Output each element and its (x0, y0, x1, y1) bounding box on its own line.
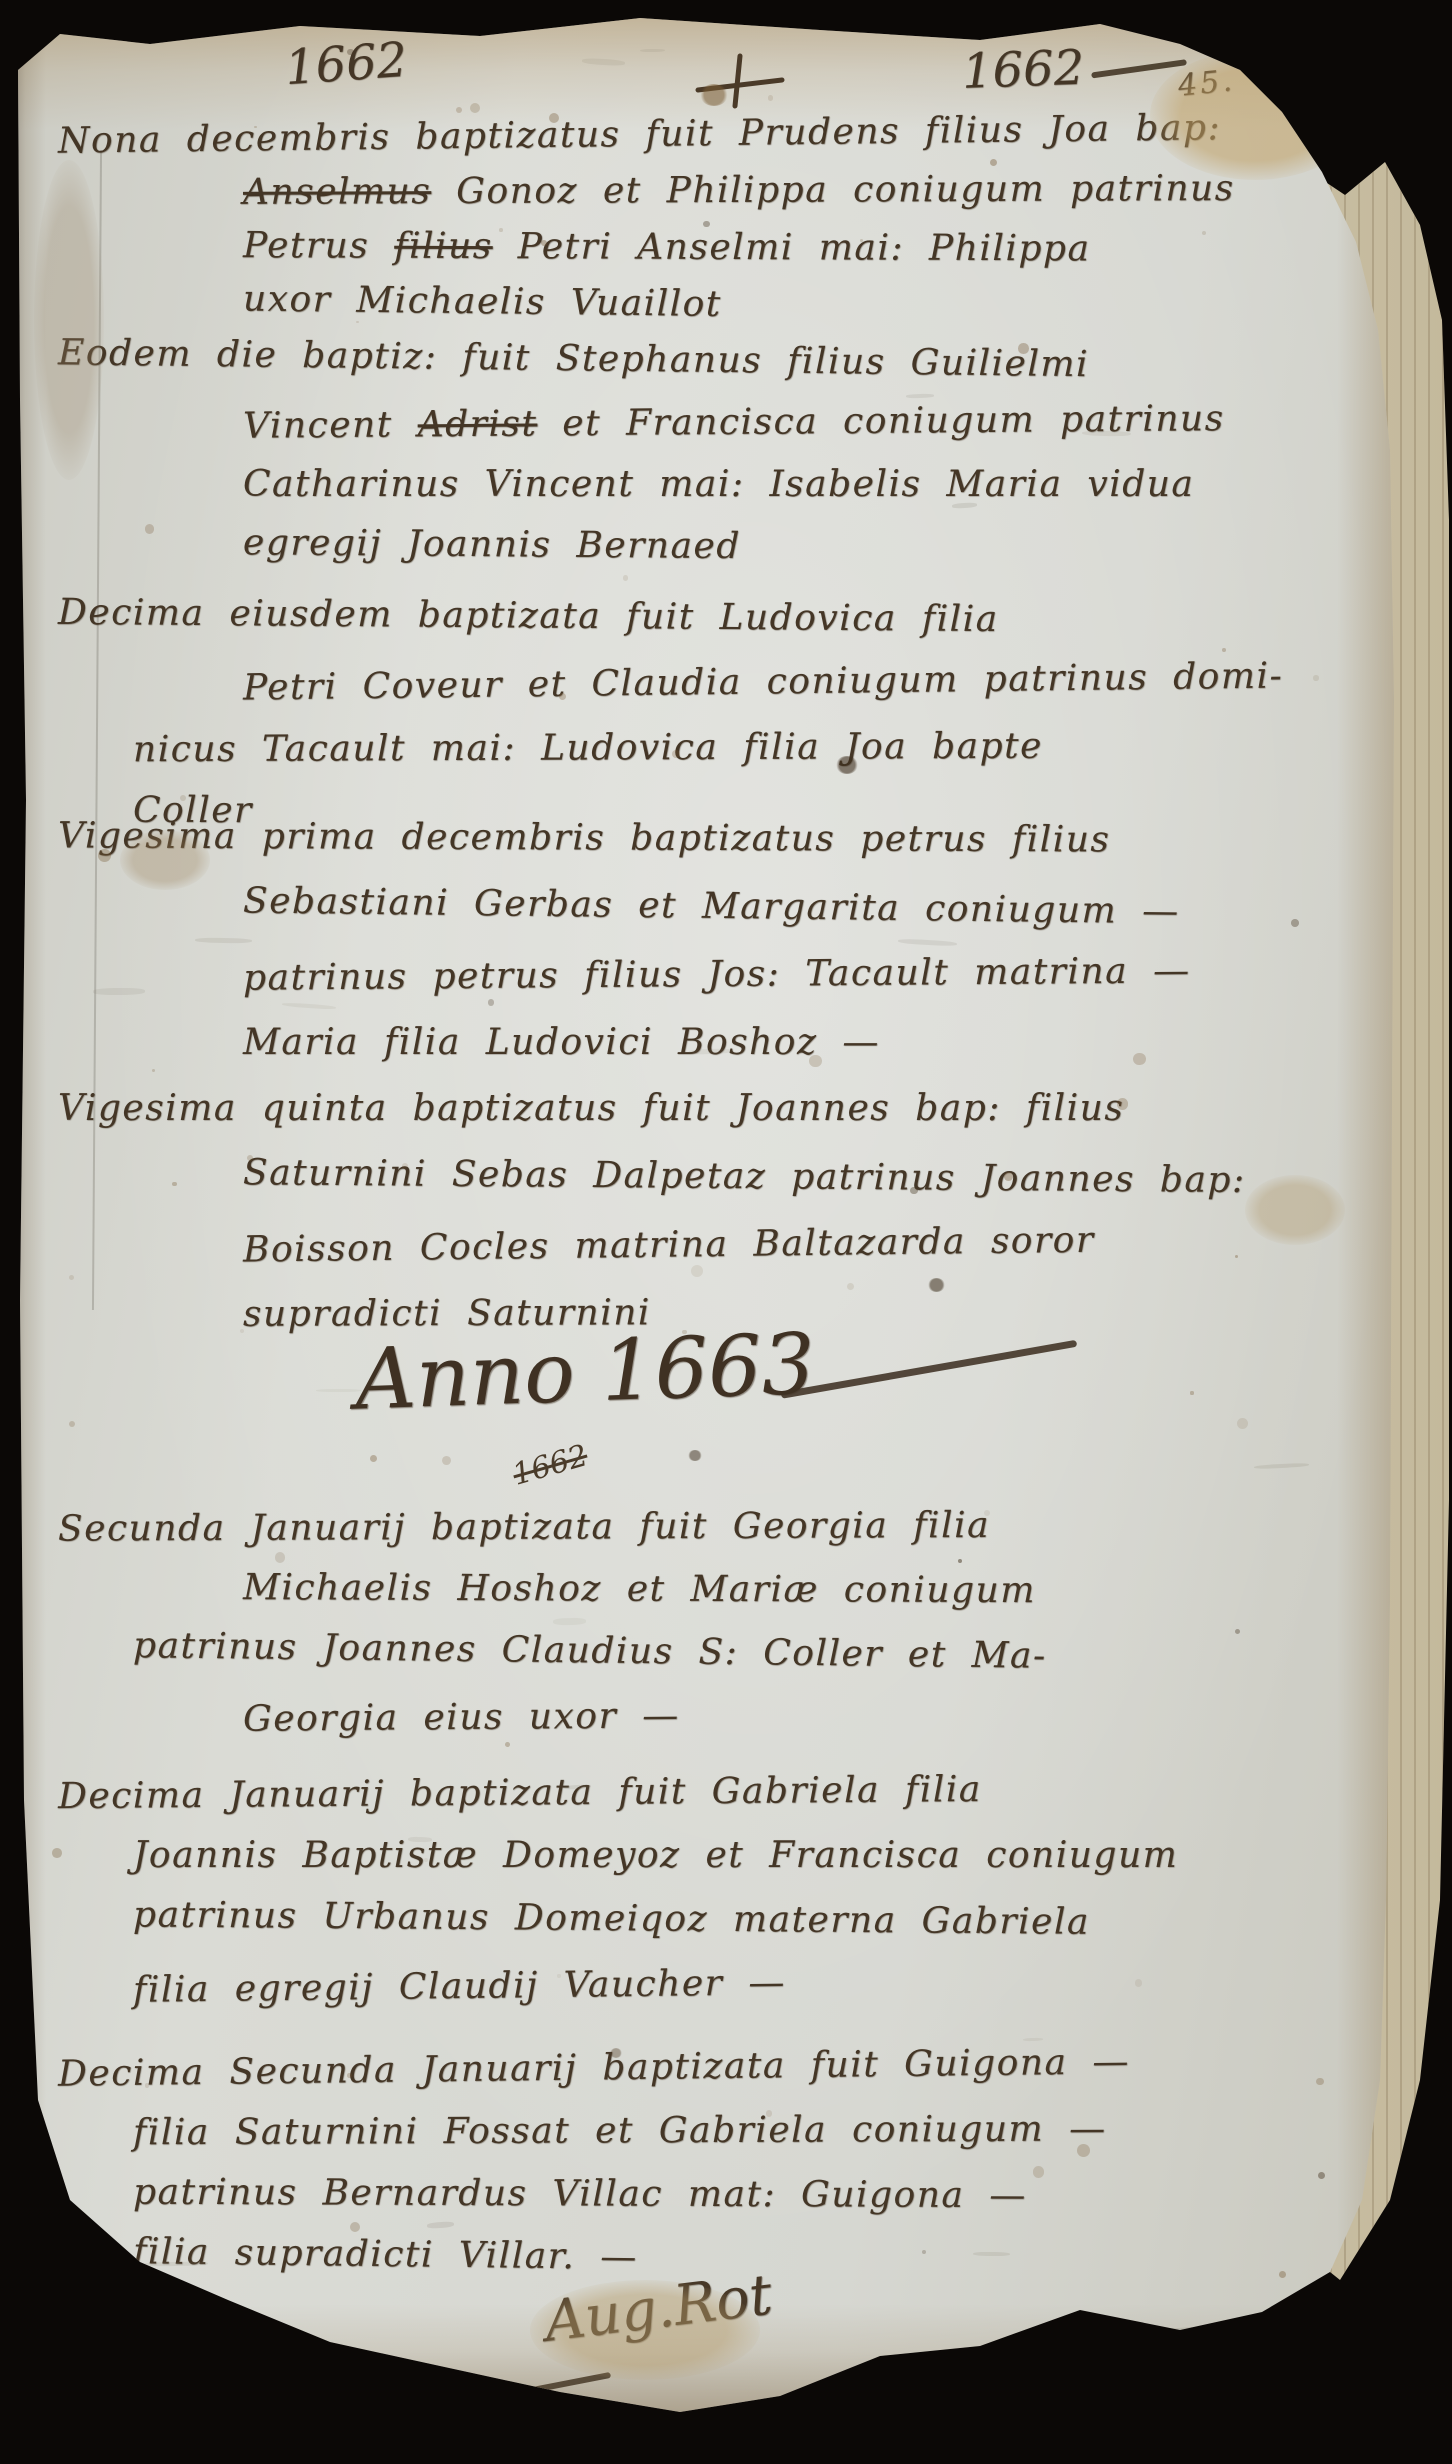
page-number: 45. (1176, 63, 1236, 104)
entry-line: Petri Coveur et Claudia coniugum patrinu… (58, 642, 1394, 722)
line-text: Sebastiani Gerbas et Margarita coniugum … (243, 880, 1180, 932)
header-year-right-text: 1662 (961, 40, 1085, 100)
ink-blot (688, 1450, 702, 1461)
entry-line: filia egregij Claudij Vaucher — (58, 1944, 1394, 2023)
foxing-spot (1190, 1391, 1193, 1394)
entry-line: patrinus petrus filius Jos: Tacault matr… (58, 936, 1393, 1014)
line-text: Petri Anselmi mai: Philippa (493, 226, 1091, 269)
entry-line: Catharinus Vincent mai: Isabelis Maria v… (58, 454, 1393, 516)
line-text: Decima Januarij baptizata fuit Gabriela … (58, 1769, 982, 1817)
line-text: Decima Secunda Januarij baptizata fuit G… (58, 2041, 1130, 2094)
baptism-entry: Nona decembris baptizatus fuit Prudens f… (58, 105, 1393, 333)
bleedthrough-streak (640, 48, 665, 52)
year-underline-flourish (1091, 59, 1187, 78)
baptism-entry: Vigesima prima decembris baptizatus petr… (58, 805, 1393, 1077)
line-text: Gonoz et Philippa coniugum patrinus (431, 168, 1235, 212)
entry-line: Secunda Januarij baptizata fuit Georgia … (58, 1492, 1393, 1560)
line-text: Petri Coveur et Claudia coniugum patrinu… (243, 656, 1284, 709)
entry-line: nicus Tacault mai: Ludovica filia Joa ba… (58, 712, 1393, 782)
line-text: egregij Joannis Bernaed (243, 522, 741, 567)
struck-word: Anselmus (243, 171, 431, 213)
foxing-spot (69, 1421, 75, 1427)
entry-line: Nona decembris baptizatus fuit Prudens f… (58, 97, 1394, 169)
line-text: Joannis Baptistæ Domeyoz et Francisca co… (133, 1835, 1178, 1876)
baptism-entry: Decima Secunda Januarij baptizata fuit G… (58, 2035, 1393, 2291)
entry-line: Joannis Baptistæ Domeyoz et Francisca co… (58, 1824, 1393, 1888)
entry-line: Georgia eius uxor — (58, 1679, 1393, 1752)
baptism-entry: Vigesima quinta baptizatus fuit Joannes … (58, 1075, 1393, 1347)
line-text: Vincent (243, 404, 418, 446)
struck-year-1662: 1662 (509, 1438, 592, 1493)
entry-line: Vigesima prima decembris baptizatus petr… (58, 802, 1393, 875)
line-text: uxor Michaelis Vuaillot (243, 278, 722, 325)
line-text: et Francisca coniugum patrinus (537, 398, 1225, 444)
foxing-spot (1237, 1418, 1248, 1429)
entry-line: patrinus Bernardus Villac mat: Guigona — (58, 2160, 1393, 2229)
line-text: Catharinus Vincent mai: Isabelis Maria v… (243, 464, 1194, 505)
foxing-spot (59, 2247, 61, 2249)
foxing-spot (442, 1456, 451, 1465)
entry-line: Anselmus Gonoz et Philippa coniugum patr… (58, 159, 1393, 221)
entry-line: Boisson Cocles matrina Baltazarda soror (58, 1203, 1394, 1286)
entry-line: Vincent Adrist et Francisca coniugum pat… (58, 387, 1393, 459)
line-text: nicus Tacault mai: Ludovica filia Joa ba… (133, 726, 1043, 770)
year-heading-text: Anno 1663 (354, 1315, 817, 1429)
august-signature: Aug.Rot (541, 2263, 784, 2420)
struck-word: Adrist (417, 403, 537, 445)
entry-line: Saturnini Sebas Dalpetaz patrinus Joanne… (58, 1138, 1393, 1216)
line-text: filia Saturnini Fossat et Gabriela coniu… (133, 2109, 1107, 2154)
signature-flourish (365, 2372, 612, 2426)
entry-line: Decima Secunda Januarij baptizata fuit G… (58, 2027, 1394, 2106)
entry-line: Michaelis Hoshoz et Mariæ coniugum (58, 1555, 1393, 1623)
line-text: Michaelis Hoshoz et Mariæ coniugum (243, 1567, 1036, 1611)
line-text: Decima eiusdem baptizata fuit Ludovica f… (58, 592, 999, 640)
header-year-right: 1662 (961, 36, 1189, 100)
line-text: filia egregij Claudij Vaucher — (133, 1962, 786, 2011)
entry-line: Vigesima quinta baptizatus fuit Joannes … (58, 1075, 1393, 1143)
heading-flourish (781, 1340, 1078, 1399)
line-text: Georgia eius uxor — (243, 1695, 680, 1739)
photo-background: 1662 1662 45. Nona decembris baptizatus … (0, 0, 1452, 2464)
bleedthrough-streak (1149, 2326, 1207, 2335)
header-year-left: 1662 (283, 32, 409, 96)
entry-line: Sebastiani Gerbas et Margarita coniugum … (58, 865, 1394, 948)
entry-line: Decima Januarij baptizata fuit Gabriela … (58, 1755, 1393, 1829)
line-text: patrinus Joannes Claudius S: Coller et M… (133, 1625, 1047, 1677)
line-text: patrinus Bernardus Villac mat: Guigona — (133, 2172, 1027, 2216)
binding-edge (0, 0, 46, 2464)
line-text: Saturnini Sebas Dalpetaz patrinus Joanne… (243, 1152, 1246, 1201)
line-text: Vigesima quinta baptizatus fuit Joannes … (58, 1088, 1124, 1129)
line-text: Vigesima prima decembris baptizatus petr… (58, 815, 1111, 860)
baptism-entry: Decima Januarij baptizata fuit Gabriela … (58, 1760, 1393, 2016)
line-text: Boisson Cocles matrina Baltazarda soror (243, 1220, 1095, 1271)
line-text: Petrus (243, 225, 394, 267)
manuscript-page: 1662 1662 45. Nona decembris baptizatus … (0, 0, 1452, 2464)
entry-line: egregij Joannis Bernaed (58, 511, 1393, 583)
line-text: patrinus petrus filius Jos: Tacault matr… (243, 950, 1191, 998)
line-text: Nona decembris baptizatus fuit Prudens f… (58, 107, 1222, 161)
entry-line: Maria filia Ludovici Boshoz — (58, 1009, 1393, 1077)
baptism-entry: Eodem die baptiz: fuit Stephanus filius … (58, 330, 1393, 578)
bleedthrough-streak (316, 1389, 361, 1392)
line-text: filia supradicti Villar. — (133, 2231, 638, 2278)
bleedthrough-streak (581, 58, 624, 66)
line-text: Maria filia Ludovici Boshoz — (243, 1022, 880, 1063)
line-text: patrinus Urbanus Domeiqoz materna Gabrie… (133, 1894, 1090, 1942)
foxing-spot (370, 1455, 377, 1462)
line-text: Secunda Januarij baptizata fuit Georgia … (58, 1505, 990, 1550)
entry-line: filia Saturnini Fossat et Gabriela coniu… (58, 2096, 1393, 2165)
entry-line: Petrus filius Petri Anselmi mai: Philipp… (58, 216, 1393, 278)
line-text: Eodem die baptiz: fuit Stephanus filius … (58, 332, 1089, 385)
baptism-entry: Secunda Januarij baptizata fuit Georgia … (58, 1495, 1393, 1747)
bleedthrough-streak (1254, 1463, 1310, 1470)
struck-word: filius (394, 226, 493, 267)
